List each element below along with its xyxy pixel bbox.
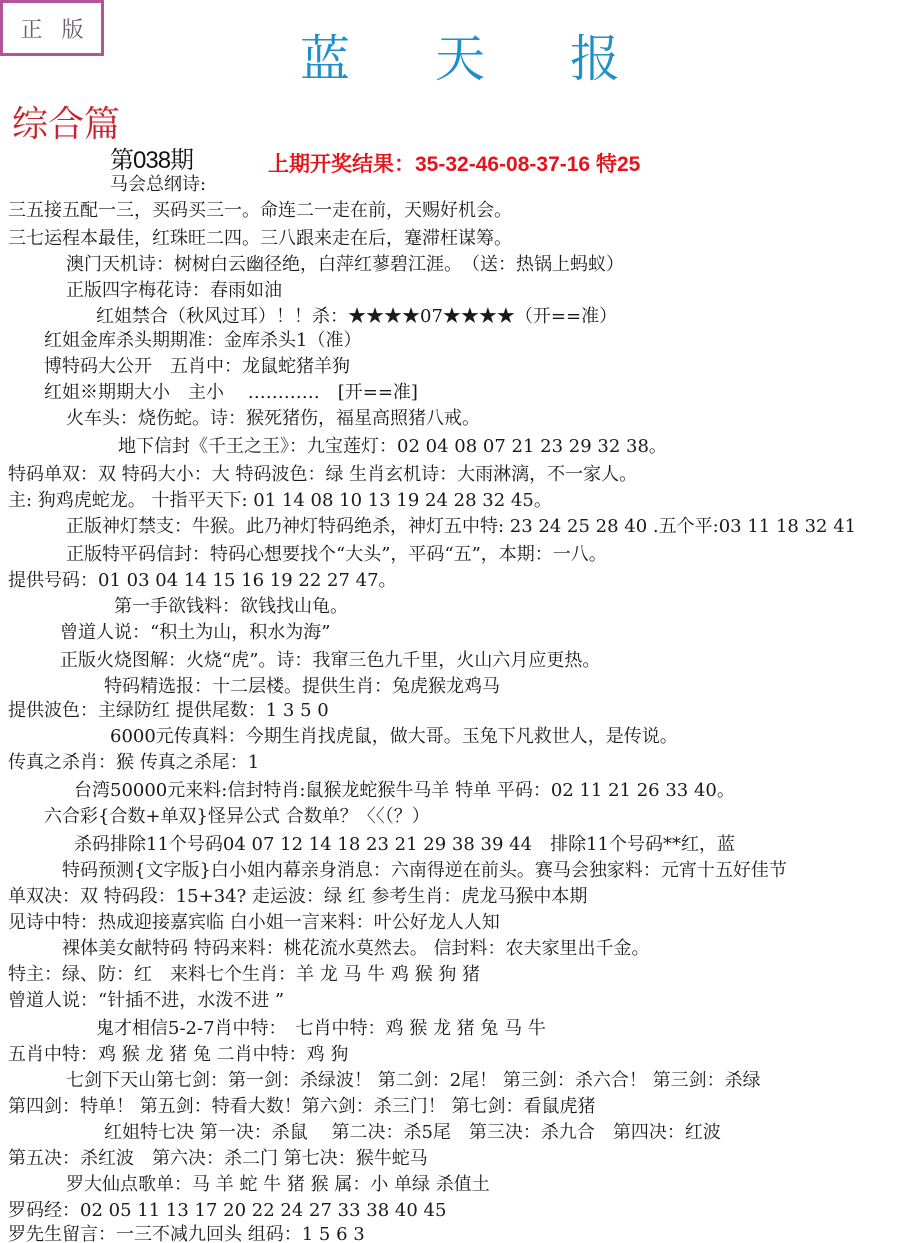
content-line: 罗码经：02 05 11 13 17 20 22 24 27 33 38 40 … bbox=[8, 1200, 446, 1222]
content-line: 罗先生留言：一三不减九回头 组码：1 5 6 3 bbox=[8, 1224, 365, 1243]
content-line: 正版神灯禁支：牛猴。此乃神灯特码绝杀，神灯五中特: 23 24 25 28 40… bbox=[66, 516, 856, 538]
content-line: 博特码大公开 五肖中：龙鼠蛇猪羊狗 bbox=[44, 356, 350, 378]
content-line: 火车头：烧伤蛇。诗：猴死猪伤，福星高照猪八戒。 bbox=[66, 408, 480, 430]
masthead-char-3: 报 bbox=[570, 19, 620, 91]
masthead-title: 蓝 天 报 bbox=[300, 20, 620, 90]
badge-char-left: 正 bbox=[20, 13, 42, 44]
content-line: 马会总纲诗: bbox=[110, 174, 206, 196]
content-line: 特码单双：双 特码大小：大 特码波色：绿 生肖玄机诗：大雨淋漓，不一家人。 bbox=[8, 464, 637, 486]
genuine-edition-badge: 正 版 bbox=[0, 0, 104, 56]
content-line: 特码精选报：十二层楼。提供生肖：兔虎猴龙鸡马 bbox=[104, 676, 500, 698]
content-line: 台湾50000元来料:信封特肖:鼠猴龙蛇猴牛马羊 特单 平码：02 11 21 … bbox=[74, 780, 735, 802]
content-line: 6000元传真料：今期生肖找虎鼠，做大哥。玉兔下凡救世人，是传说。 bbox=[110, 726, 678, 748]
content-line: 第五决：杀红波 第六决：杀二门 第七决：猴牛蛇马 bbox=[8, 1148, 428, 1170]
content-line: 罗大仙点歌单：马 羊 蛇 牛 猪 猴 属：小 单绿 杀值土 bbox=[66, 1174, 490, 1196]
content-line: 特主：绿、防：红 来料七个生肖：羊 龙 马 牛 鸡 猴 狗 猪 bbox=[8, 964, 480, 986]
masthead-char-1: 蓝 bbox=[300, 19, 350, 91]
content-line: 第一手欲钱料：欲钱找山龟。 bbox=[114, 596, 348, 618]
badge-char-right: 版 bbox=[61, 13, 83, 44]
content-line: 提供号码：01 03 04 14 15 16 19 22 27 47。 bbox=[8, 570, 397, 592]
content-line: 三五接五配一三，买码买三一。命连二一走在前，天赐好机会。 bbox=[8, 200, 512, 222]
content-line: 主: 狗鸡虎蛇龙。 十指平天下: 01 14 08 10 13 19 24 28… bbox=[8, 490, 552, 512]
content-line: 曾道人说：“针插不进，水泼不进 ” bbox=[8, 990, 284, 1012]
content-line: 正版四字梅花诗：春雨如油 bbox=[66, 280, 282, 302]
content-line: 鬼才相信5-2-7肖中特： 七肖中特：鸡 猴 龙 猪 兔 马 牛 bbox=[96, 1018, 546, 1040]
content-line: 第四剑：特单！ 第五剑：特看大数！第六剑：杀三门！ 第七剑：看鼠虎猪 bbox=[8, 1096, 595, 1118]
content-line: 七剑下天山第七剑：第一剑：杀绿波！ 第二剑：2尾！ 第三剑：杀六合！ 第三剑：杀… bbox=[66, 1070, 761, 1092]
content-line: 见诗中特：热成迎接嘉宾临 白小姐一言来料：叶公好龙人人知 bbox=[8, 912, 500, 934]
content-line: 澳门天机诗：树树白云幽径绝，白萍红蓼碧江涯。 （送：热锅上蚂蚁） bbox=[66, 254, 624, 276]
issue-number: 第038期 bbox=[110, 140, 193, 175]
content-line: 红姐金库杀头期期准：金库杀头1（准） bbox=[44, 330, 361, 352]
content-line: 五肖中特：鸡 猴 龙 猪 兔 二肖中特：鸡 狗 bbox=[8, 1044, 348, 1066]
section-title: 综合篇 bbox=[12, 96, 120, 147]
masthead-char-2: 天 bbox=[435, 19, 485, 91]
content-line: 提供波色：主绿防红 提供尾数：1 3 5 0 bbox=[8, 700, 329, 722]
content-line: 杀码排除11个号码04 07 12 14 18 23 21 29 38 39 4… bbox=[74, 834, 735, 856]
content-line: 红姐禁合（秋风过耳）！！杀：★★★★07★★★★（开==准） bbox=[96, 306, 617, 328]
content-line: 正版特平码信封：特码心想要找个“大头”，平码“五”，本期：一八。 bbox=[66, 544, 607, 566]
content-line: 裸体美女献特码 特码来料：桃花流水莫然去。 信封料：农夫家里出千金。 bbox=[62, 938, 649, 960]
content-line: 红姐※期期大小 主小 ………… [开==准] bbox=[44, 382, 418, 404]
content-line: 三七运程本最佳，红珠旺二四。三八跟来走在后，蹇滞枉谋筹。 bbox=[8, 228, 512, 250]
content-line: 传真之杀肖：猴 传真之杀尾：1 bbox=[8, 752, 259, 774]
content-line: 六合彩{合数+单双}怪异公式 合数单？〈〈（？） bbox=[44, 806, 430, 828]
content-line: 特码预测{文字版}白小姐内幕亲身消息：六南得逆在前头。赛马会独家料：元宵十五好佳… bbox=[62, 860, 787, 882]
content-line: 曾道人说：“积土为山，积水为海” bbox=[60, 622, 330, 644]
content-line: 单双决：双 特码段：15+34? 走运波：绿 红 参考生肖：虎龙马猴中本期 bbox=[8, 886, 587, 908]
content-line: 红姐特七决 第一决：杀鼠 第二决：杀5尾 第三决：杀九合 第四决：红波 bbox=[104, 1122, 721, 1144]
last-draw-result: 上期开奖结果：35-32-46-08-37-16 特25 bbox=[268, 148, 640, 178]
content-line: 地下信封《千王之王》：九宝莲灯：02 04 08 07 21 23 29 32 … bbox=[118, 436, 667, 458]
content-line: 正版火烧图解：火烧“虎”。诗：我窜三色九千里，火山六月应更热。 bbox=[60, 650, 600, 672]
